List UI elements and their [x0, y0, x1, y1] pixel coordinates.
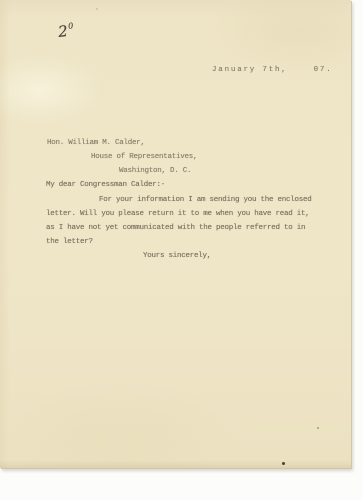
body-line: the letter?	[46, 238, 93, 246]
body-line: letter. Will you please return it to me …	[46, 210, 310, 218]
closing-valediction: Yours sincerely,	[143, 252, 211, 260]
address-recipient-name: Hon. William M. Calder,	[47, 139, 145, 147]
scan-background: 20 January 7th,07. Hon. William M. Calde…	[0, 0, 363, 500]
paper-speck	[96, 8, 98, 10]
date-year: 07.	[314, 66, 333, 74]
handwritten-page-number: 20	[57, 21, 75, 41]
date-month-day: January 7th,	[212, 66, 288, 74]
letter-paper: 20 January 7th,07. Hon. William M. Calde…	[0, 0, 351, 468]
handwritten-superscript: 0	[68, 21, 75, 31]
paper-speck	[317, 427, 319, 429]
address-city: Washington, D. C.	[119, 167, 191, 175]
address-institution: House of Representatives,	[91, 153, 197, 161]
body-line: as I have not yet communicated with the …	[46, 224, 305, 232]
salutation: My dear Congressman Calder:-	[46, 181, 165, 189]
date-line: January 7th,07.	[212, 66, 333, 74]
paper-speck	[282, 462, 285, 465]
body-line: For your information I am sending you th…	[99, 196, 312, 204]
